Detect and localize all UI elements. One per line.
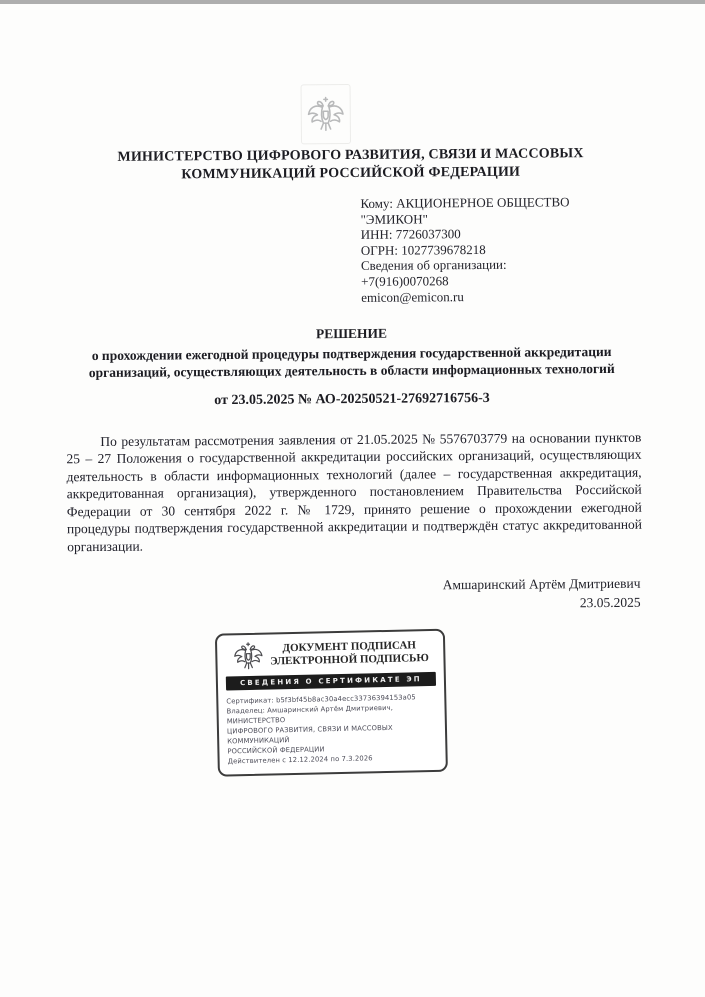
recipient-block: Кому: АКЦИОНЕРНОЕ ОБЩЕСТВО "ЭМИКОН" ИНН:… [360,194,621,305]
recipient-line: emicon@emicon.ru [361,287,621,305]
signatory-name: Амшаринский Артём Дмитриевич [340,574,640,595]
stamp-title-line2: ЭЛЕКТРОННОЙ ПОДПИСЬЮ [263,652,435,669]
decision-heading: РЕШЕНИЕ [51,324,651,345]
russia-coat-of-arms-icon [301,84,351,144]
electronic-signature-stamp: ДОКУМЕНТ ПОДПИСАН ЭЛЕКТРОННОЙ ПОДПИСЬЮ С… [215,629,448,776]
stamp-certificate-details: Сертификат: b5f3bf45b8ac30a4ecc337363941… [226,691,437,766]
signature-block: Амшаринский Артём Дмитриевич 23.05.2025 [340,574,640,614]
stamp-certificate-bar: СВЕДЕНИЯ О СЕРТИФИКАТЕ ЭП [226,672,436,690]
ministry-header: МИНИСТЕРСТВО ЦИФРОВОГО РАЗВИТИЯ, СВЯЗИ И… [58,145,643,185]
signature-date: 23.05.2025 [341,593,641,614]
stamp-title: ДОКУМЕНТ ПОДПИСАН ЭЛЕКТРОННОЙ ПОДПИСЬЮ [263,639,436,669]
decision-subtitle-line2: организаций, осуществляющих деятельность… [52,360,652,382]
stamp-header: ДОКУМЕНТ ПОДПИСАН ЭЛЕКТРОННОЙ ПОДПИСЬЮ [225,636,436,673]
document-page: МИНИСТЕРСТВО ЦИФРОВОГО РАЗВИТИЯ, СВЯЗИ И… [0,0,705,997]
decision-body-paragraph: По результатам рассмотрения заявления от… [66,428,642,556]
decision-date-number: от 23.05.2025 № АО-20250521-27692716756-… [52,390,652,411]
decision-title-block: РЕШЕНИЕ о прохождении ежегодной процедур… [51,324,652,411]
stamp-eagle-icon [233,640,264,673]
